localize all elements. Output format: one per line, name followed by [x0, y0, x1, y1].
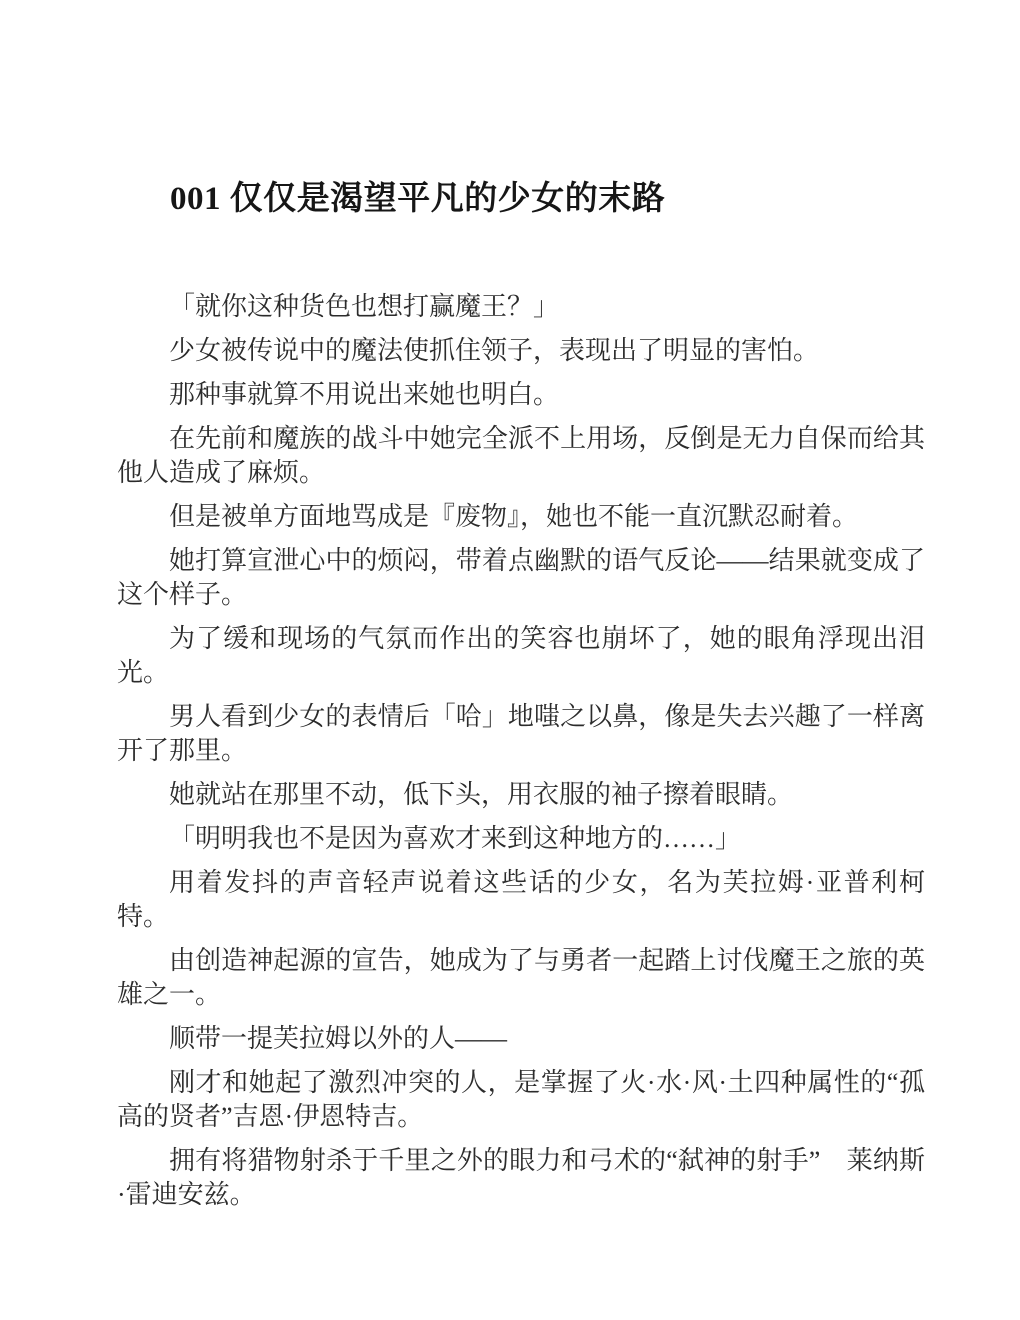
paragraph: 她打算宣泄心中的烦闷，带着点幽默的语气反论——结果就变成了这个样子。 — [117, 544, 925, 612]
paragraph: 刚才和她起了激烈冲突的人，是掌握了火·水·风·土四种属性的“孤高的贤者”吉恩·伊… — [117, 1066, 925, 1134]
paragraph: 那种事就算不用说出来她也明白。 — [117, 378, 925, 412]
paragraph: 少女被传说中的魔法使抓住领子，表现出了明显的害怕。 — [117, 334, 925, 368]
paragraph: 为了缓和现场的气氛而作出的笑容也崩坏了，她的眼角浮现出泪光。 — [117, 622, 925, 690]
paragraph: 「明明我也不是因为喜欢才来到这种地方的……」 — [117, 822, 925, 856]
paragraph: 她就站在那里不动，低下头，用衣服的袖子擦着眼睛。 — [117, 778, 925, 812]
paragraph: 男人看到少女的表情后「哈」地嗤之以鼻，像是失去兴趣了一样离开了那里。 — [117, 700, 925, 768]
paragraph: 由创造神起源的宣告，她成为了与勇者一起踏上讨伐魔王之旅的英雄之一。 — [117, 944, 925, 1012]
paragraph: 「就你这种货色也想打赢魔王？」 — [117, 290, 925, 324]
paragraph: 拥有将猎物射杀于千里之外的眼力和弓术的“弑神的射手” 莱纳斯·雷迪安兹。 — [117, 1144, 925, 1212]
chapter-title: 001 仅仅是渴望平凡的少女的末路 — [170, 181, 665, 217]
chapter-body: 「就你这种货色也想打赢魔王？」 少女被传说中的魔法使抓住领子，表现出了明显的害怕… — [117, 290, 925, 1222]
paragraph: 用着发抖的声音轻声说着这些话的少女，名为芙拉姆·亚普利柯特。 — [117, 866, 925, 934]
paragraph: 但是被单方面地骂成是『废物』，她也不能一直沉默忍耐着。 — [117, 500, 925, 534]
paragraph: 在先前和魔族的战斗中她完全派不上用场，反倒是无力自保而给其他人造成了麻烦。 — [117, 422, 925, 490]
document-page: 001 仅仅是渴望平凡的少女的末路 「就你这种货色也想打赢魔王？」 少女被传说中… — [0, 0, 1020, 1320]
paragraph: 顺带一提芙拉姆以外的人—— — [117, 1022, 925, 1056]
